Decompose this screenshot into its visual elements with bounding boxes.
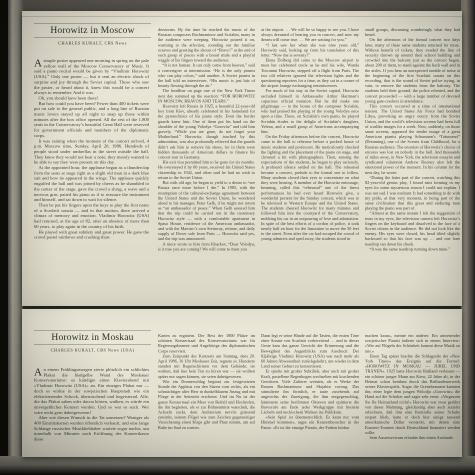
page-title-english: Horowitz in Moscow <box>34 25 151 36</box>
english-liner-notes-sheet: Horowitz in Moscow CHARLES KURALT, CBS N… <box>22 11 462 306</box>
german-liner-notes-sheet: Horowitz in Moskau CHARLES KURALT, CBS N… <box>22 309 462 457</box>
german-title-block: Horowitz in Moskau CHARLES KURALT, CBS N… <box>34 330 151 353</box>
title-rule-bottom <box>34 345 151 346</box>
title-rule-bottom <box>34 38 151 39</box>
german-sheet-content: Horowitz in Moskau CHARLES KURALT, CBS N… <box>22 309 462 457</box>
en-text-column-3: at the airport. … We will be so happy to… <box>261 27 359 241</box>
byline-english: CHARLES KURALT, CBS News <box>34 41 151 46</box>
right-page-edge <box>461 0 475 475</box>
byline-german: CHARLES KURALT, CBS News (USA) <box>34 348 151 353</box>
en-text-column-1: A simple poster appeared one morning in … <box>34 58 149 240</box>
paper-crease-line <box>22 17 462 18</box>
english-title-block: Horowitz in Moscow CHARLES KURALT, CBS N… <box>34 23 151 46</box>
gatefold-fold-strip <box>8 0 23 475</box>
title-rule-top <box>34 330 151 331</box>
page-title-german: Horowitz in Moskau <box>34 332 151 343</box>
de-text-column-3: Dann legt er seine Hände auf die Tasten,… <box>261 333 359 430</box>
gatefold-spine-shadow <box>0 0 8 475</box>
de-text-column-2: Karten zu ergattern. Der Rest der 1800 P… <box>158 333 255 430</box>
de-text-column-4: machen kann«, meinte ein anderer. Ein an… <box>365 333 460 440</box>
liner-notes-photo: Horowitz in Moscow CHARLES KURALT, CBS N… <box>0 0 475 475</box>
en-text-column-2: derstorms. By the time he reached the mu… <box>158 27 255 251</box>
de-text-column-1: An einem Frühlingsmorgen zierte plötzlic… <box>34 367 149 442</box>
bottom-surface-shadow <box>0 456 475 475</box>
en-text-column-4: small groups, discussing wonderingly wha… <box>365 27 460 251</box>
english-sheet-content: Horowitz in Moscow CHARLES KURALT, CBS N… <box>22 11 462 306</box>
title-rule-top <box>34 23 151 24</box>
